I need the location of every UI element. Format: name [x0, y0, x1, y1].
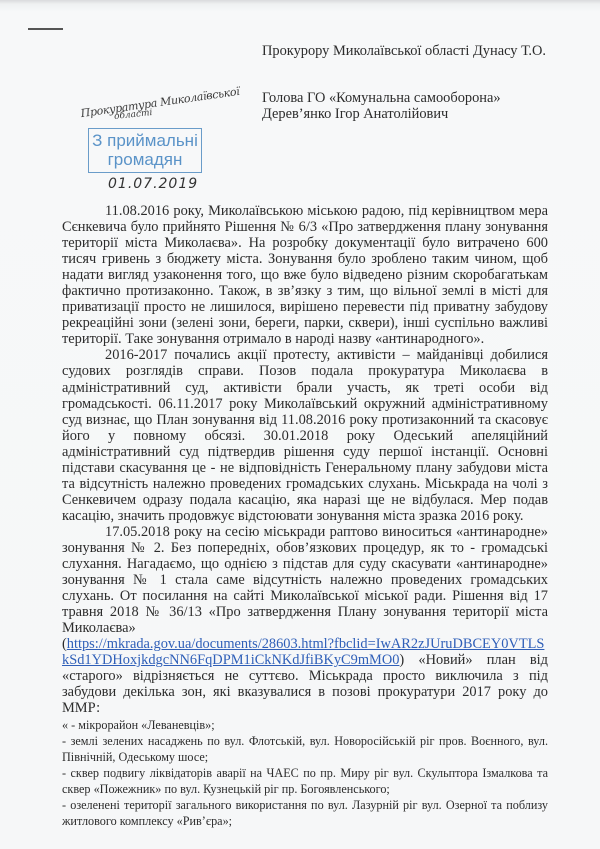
stamp-line-1: З приймальні: [89, 131, 201, 150]
excluded-zones-list: « - мікрорайон «Леваневців»; - землі зел…: [62, 717, 548, 829]
paragraph-3: 17.05.2018 року на сесію міськради рапто…: [62, 524, 548, 636]
margin-dash-mark: [28, 28, 63, 30]
letter-body: 11.08.2016 року, Миколаївською міською р…: [62, 203, 548, 829]
addressee: Прокурору Миколаївської області Дунасу Т…: [262, 43, 582, 59]
list-item: « - мікрорайон «Леваневців»;: [62, 717, 548, 733]
list-item: - сквер подвигу ліквідаторів аварії на Ч…: [62, 765, 548, 797]
paragraph-3-link-line: (https://mkrada.gov.ua/documents/28603.h…: [62, 636, 548, 716]
letter-header: Прокурору Миколаївської області Дунасу Т…: [262, 43, 582, 122]
paragraph-3-text: 17.05.2018 року на сесію міськради рапто…: [62, 524, 548, 636]
list-item: - озеленені території загального викорис…: [62, 797, 548, 829]
scanned-document-page: Прокурору Миколаївської області Дунасу Т…: [0, 0, 600, 849]
stamp-date: 01.07.2019: [108, 176, 198, 192]
stamp-line-2: громадян: [89, 150, 201, 169]
paragraph-1: 11.08.2016 року, Миколаївською міською р…: [62, 203, 548, 347]
list-item: - землі зелених насаджень по вул. Флотсь…: [62, 733, 548, 765]
sender-name: Дерев’янко Ігор Анатолійович: [262, 106, 582, 122]
handwritten-note: Прокуратура Миколаївської: [80, 85, 240, 120]
paragraph-2: 2016-2017 почались акції протесту, актив…: [62, 347, 548, 524]
sender-title: Голова ГО «Комунальна самооборона»: [262, 90, 582, 106]
reception-stamp: Прокуратура Миколаївської області З прий…: [80, 96, 280, 196]
stamp-box: З приймальні громадян: [88, 128, 202, 173]
